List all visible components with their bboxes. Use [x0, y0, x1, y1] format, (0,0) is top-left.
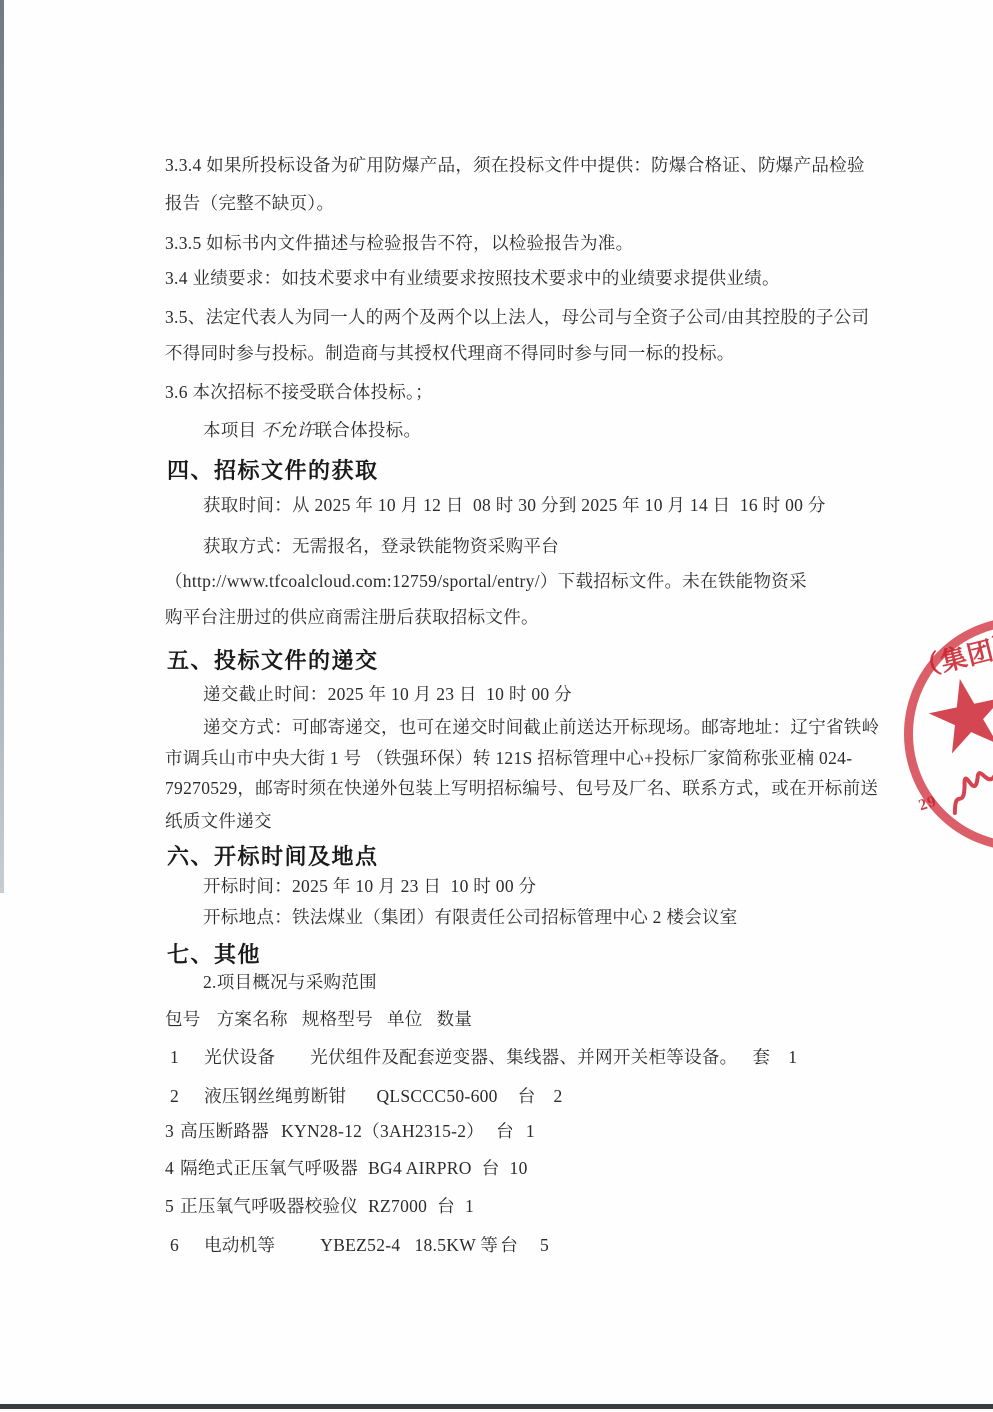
text-line: 购平台注册过的供应商需注册后获取招标文件。 — [165, 607, 539, 629]
section-heading: 七、其他 — [167, 941, 261, 969]
text-line: 递交方式：可邮寄递交，也可在递交时间截止前送达开标现场。邮寄地址：辽宁省铁岭 — [203, 717, 879, 739]
text-line: 本项目 不允许联合体投标。 — [203, 420, 421, 442]
seal-arc-text: （集团） — [910, 623, 993, 685]
table-row: 4隔绝式正压氧气呼吸器BG4 AIRPRO台10 — [165, 1158, 528, 1180]
text-line: 纸质文件递交 — [165, 811, 272, 833]
text-line: 报告（完整不缺页）。 — [165, 193, 334, 215]
seal-number: 29 — [917, 793, 940, 816]
text-line: 3.6 本次招标不接受联合体投标。； — [165, 382, 433, 404]
text-line: 79270529，邮寄时须在快递外包装上写明招标编号、包号及厂名、联系方式，或在… — [165, 778, 878, 800]
text-line: 递交截止时间：2025 年 10 月 23 日 10 时 00 分 — [203, 684, 572, 706]
seal-star-icon: ★ — [915, 660, 993, 774]
text-line: 市调兵山市中央大街 1 号 （铁强环保）转 121S 招标管理中心+投标厂家简称… — [165, 748, 852, 770]
seal-ring — [904, 617, 993, 851]
section-heading: 六、开标时间及地点 — [167, 843, 379, 871]
table-row: 6电动机等YBEZ52-4 18.5KW 等台5 — [170, 1235, 549, 1257]
official-seal: （集团） ★ 29 — [0, 0, 993, 1412]
text-line: 开标地点：铁法煤业（集团）有限责任公司招标管理中心 2 楼会议室 — [203, 907, 738, 929]
text-line: 3.3.4 如果所投标设备为矿用防爆产品，须在投标文件中提供：防爆合格证、防爆产… — [165, 155, 865, 177]
table-header: 包号方案名称规格型号单位数量 — [165, 1009, 472, 1031]
document-page: 3.3.4 如果所投标设备为矿用防爆产品，须在投标文件中提供：防爆合格证、防爆产… — [0, 0, 993, 1412]
scan-edge-bottom — [0, 1404, 993, 1409]
scan-edge-left — [0, 0, 4, 893]
text-line: 3.4 业绩要求：如技术要求中有业绩要求按照技术要求中的业绩要求提供业绩。 — [165, 268, 780, 290]
section-heading: 五、投标文件的递交 — [167, 647, 379, 675]
table-row: 2液压钢丝绳剪断钳QLSCCC50-600台2 — [170, 1086, 563, 1108]
text-line: （http://www.tfcoalcloud.com:12759/sporta… — [165, 571, 807, 593]
table-row: 3高压断路器KYN28-12（3AH2315-2）台1 — [165, 1121, 535, 1143]
text-line: 2.项目概况与采购范围 — [203, 972, 377, 994]
text-line: 开标时间：2025 年 10 月 23 日 10 时 00 分 — [203, 876, 536, 898]
text-line: 获取时间：从 2025 年 10 月 12 日 08 时 30 分到 2025 … — [203, 495, 826, 517]
text-line: 3.3.5 如标书内文件描述与检验报告不符，以检验报告为准。 — [165, 233, 633, 255]
text-line: 3.5、法定代表人为同一人的两个及两个以上法人，母公司与全资子公司/由其控股的子… — [165, 307, 869, 329]
section-heading: 四、招标文件的获取 — [167, 457, 379, 485]
text-line: 获取方式：无需报名，登录铁能物资采购平台 — [203, 536, 559, 558]
table-row: 1光伏设备光伏组件及配套逆变器、集线器、并网开关柜等设备。套1 — [170, 1047, 797, 1069]
text-line: 不得同时参与投标。制造商与其授权代理商不得同时参与同一标的投标。 — [165, 343, 735, 365]
table-row: 5正压氧气呼吸器校验仪RZ7000台1 — [165, 1196, 474, 1218]
seal-scribble-icon — [940, 758, 993, 824]
